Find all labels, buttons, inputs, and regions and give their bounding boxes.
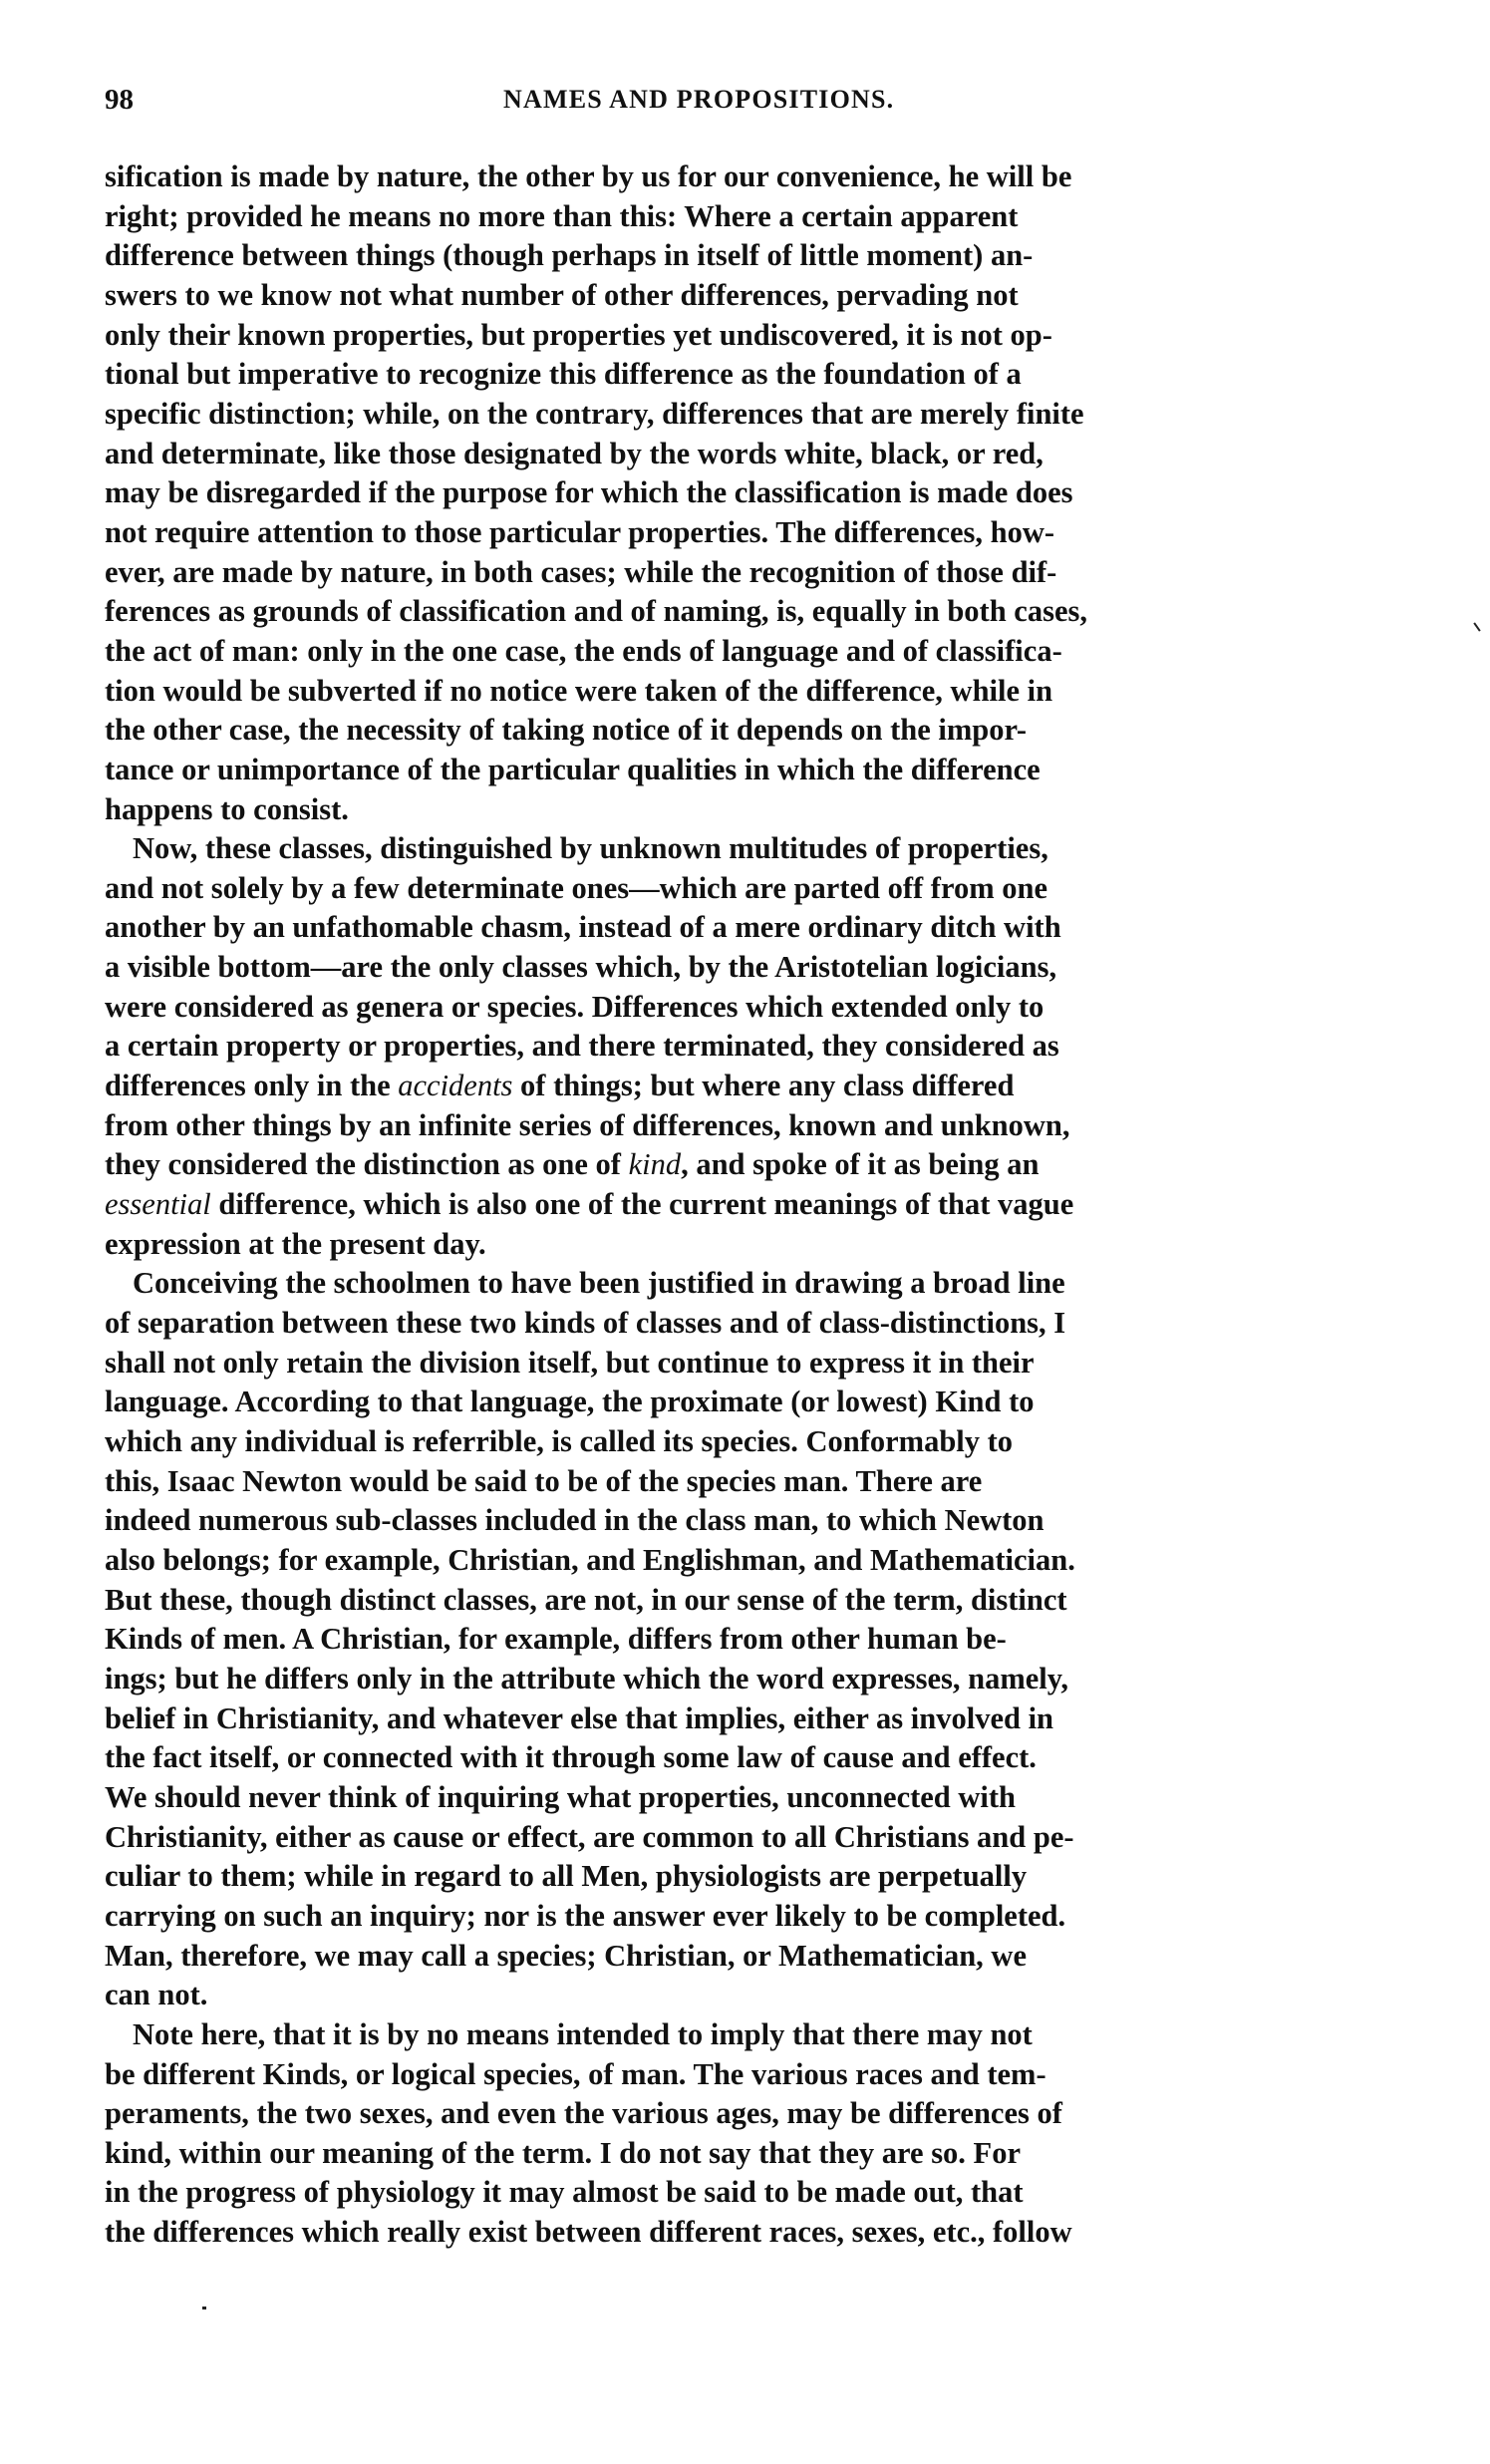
text-line: language. According to that language, th… bbox=[105, 1383, 1397, 1422]
body-text: sification is made by nature, the other … bbox=[105, 157, 1397, 2253]
text-line: and determinate, like those designated b… bbox=[105, 435, 1397, 474]
text-line: Note here, that it is by no means intend… bbox=[105, 2015, 1397, 2055]
text-line: they considered the distinction as one o… bbox=[105, 1145, 1397, 1185]
text-line: Christianity, either as cause or effect,… bbox=[105, 1818, 1397, 1858]
text-line: the fact itself, or connected with it th… bbox=[105, 1738, 1397, 1778]
text-line: can not. bbox=[105, 1976, 1397, 2015]
text-line: from other things by an infinite series … bbox=[105, 1106, 1397, 1146]
text-line: swers to we know not what number of othe… bbox=[105, 276, 1397, 316]
text-line: peraments, the two sexes, and even the v… bbox=[105, 2094, 1397, 2134]
text-line: tional but imperative to recognize this … bbox=[105, 355, 1397, 395]
text-line: another by an unfathomable chasm, instea… bbox=[105, 908, 1397, 948]
text-line: a visible bottom—are the only classes wh… bbox=[105, 948, 1397, 988]
text-line: happens to consist. bbox=[105, 790, 1397, 830]
paragraph: Now, these classes, distinguished by unk… bbox=[105, 829, 1397, 1264]
text-line: also belongs; for example, Christian, an… bbox=[105, 1541, 1397, 1581]
paragraph: Note here, that it is by no means intend… bbox=[105, 2015, 1397, 2253]
text-line: which any individual is referrible, is c… bbox=[105, 1422, 1397, 1462]
text-line: not require attention to those particula… bbox=[105, 513, 1397, 553]
text-line: But these, though distinct classes, are … bbox=[105, 1581, 1397, 1621]
text-line: were considered as genera or species. Di… bbox=[105, 988, 1397, 1028]
text-line: differences only in the accidents of thi… bbox=[105, 1067, 1397, 1106]
text-line: Conceiving the schoolmen to have been ju… bbox=[105, 1264, 1397, 1304]
footer-dot bbox=[202, 2307, 206, 2310]
text-line: may be disregarded if the purpose for wh… bbox=[105, 473, 1397, 513]
text-line: tance or unimportance of the particular … bbox=[105, 751, 1397, 790]
page-number: 98 bbox=[105, 80, 134, 120]
text-line: ever, are made by nature, in both cases;… bbox=[105, 553, 1397, 593]
text-line: Now, these classes, distinguished by unk… bbox=[105, 829, 1397, 869]
text-line: expression at the present day. bbox=[105, 1225, 1397, 1265]
text-line: carrying on such an inquiry; nor is the … bbox=[105, 1897, 1397, 1937]
text-line: right; provided he means no more than th… bbox=[105, 197, 1397, 237]
text-line: Kinds of men. A Christian, for example, … bbox=[105, 1620, 1397, 1660]
text-line: Man, therefore, we may call a species; C… bbox=[105, 1937, 1397, 1977]
text-line: of separation between these two kinds of… bbox=[105, 1304, 1397, 1344]
text-line: kind, within our meaning of the term. I … bbox=[105, 2134, 1397, 2174]
margin-mark bbox=[1473, 622, 1480, 631]
text-line: ings; but he differs only in the attribu… bbox=[105, 1660, 1397, 1699]
text-line: We should never think of inquiring what … bbox=[105, 1778, 1397, 1818]
text-line: ferences as grounds of classification an… bbox=[105, 592, 1397, 632]
running-title: NAMES AND PROPOSITIONS. bbox=[503, 80, 999, 120]
text-line: this, Isaac Newton would be said to be o… bbox=[105, 1462, 1397, 1502]
text-line: the other case, the necessity of taking … bbox=[105, 711, 1397, 751]
text-line: the act of man: only in the one case, th… bbox=[105, 632, 1397, 672]
paragraph: Conceiving the schoolmen to have been ju… bbox=[105, 1264, 1397, 2014]
text-line: in the progress of physiology it may alm… bbox=[105, 2173, 1397, 2213]
text-line: and not solely by a few determinate ones… bbox=[105, 869, 1397, 909]
text-line: culiar to them; while in regard to all M… bbox=[105, 1857, 1397, 1897]
text-line: difference between things (though perhap… bbox=[105, 236, 1397, 276]
text-line: specific distinction; while, on the cont… bbox=[105, 395, 1397, 435]
italic-term: kind bbox=[629, 1147, 682, 1181]
text-line: shall not only retain the division itsel… bbox=[105, 1344, 1397, 1384]
italic-term: essential bbox=[105, 1187, 211, 1221]
text-line: indeed numerous sub-classes included in … bbox=[105, 1501, 1397, 1541]
text-line: only their known properties, but propert… bbox=[105, 316, 1397, 356]
paragraph: sification is made by nature, the other … bbox=[105, 157, 1397, 829]
text-line: essential difference, which is also one … bbox=[105, 1185, 1397, 1225]
text-line: be different Kinds, or logical species, … bbox=[105, 2055, 1397, 2095]
running-head: 98 NAMES AND PROPOSITIONS. bbox=[105, 80, 1397, 120]
text-line: a certain property or properties, and th… bbox=[105, 1027, 1397, 1067]
text-line: the differences which really exist betwe… bbox=[105, 2213, 1397, 2253]
text-line: tion would be subverted if no notice wer… bbox=[105, 672, 1397, 712]
italic-term: accidents bbox=[398, 1069, 512, 1102]
text-line: belief in Christianity, and whatever els… bbox=[105, 1699, 1397, 1739]
text-line: sification is made by nature, the other … bbox=[105, 157, 1397, 197]
